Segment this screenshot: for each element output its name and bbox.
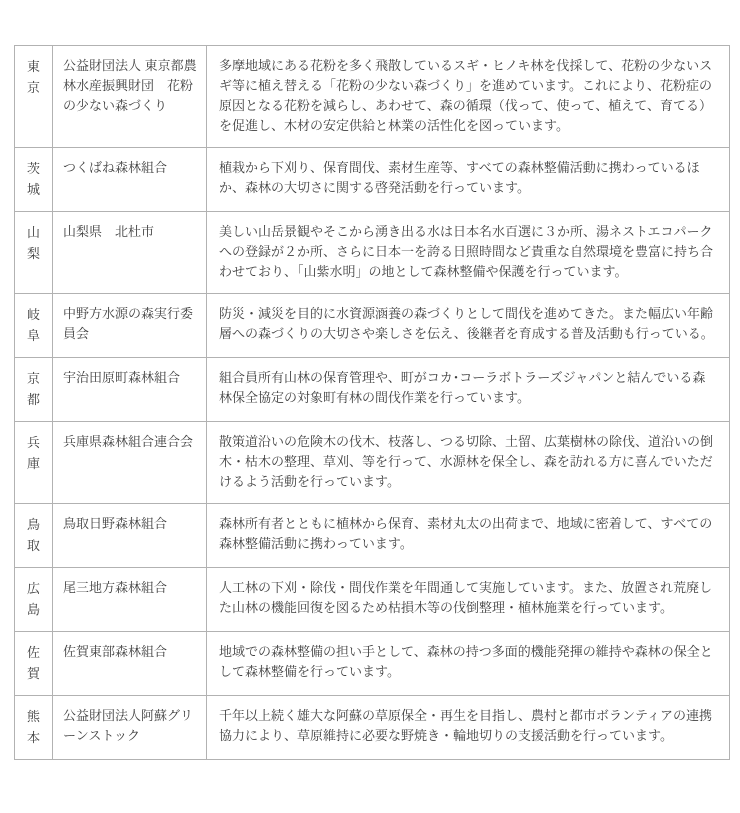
table-row: 京都 宇治田原町森林組合 組合員所有山林の保育管理や、町がコカ･コーラボトラーズ… <box>15 358 730 422</box>
organization-cell: 鳥取日野森林組合 <box>53 504 207 568</box>
prefecture-label: 東京 <box>26 56 40 98</box>
prefecture-label: 広島 <box>26 578 40 620</box>
description-cell: 植栽から下刈り、保育間伐、素材生産等、すべての森林整備活動に携わっているほか、森… <box>207 148 730 212</box>
table-row: 茨城 つくばね森林組合 植栽から下刈り、保育間伐、素材生産等、すべての森林整備活… <box>15 148 730 212</box>
description-cell: 散策道沿いの危険木の伐木、枝落し、つる切除、土留、広葉樹林の除伐、道沿いの倒木・… <box>207 422 730 504</box>
description-cell: 組合員所有山林の保育管理や、町がコカ･コーラボトラーズジャパンと結んでいる森林保… <box>207 358 730 422</box>
prefecture-label: 山梨 <box>26 222 40 264</box>
table-row: 兵庫 兵庫県森林組合連合会 散策道沿いの危険木の伐木、枝落し、つる切除、土留、広… <box>15 422 730 504</box>
prefecture-cell: 茨城 <box>15 148 53 212</box>
table-row: 東京 公益財団法人 東京都農林水産振興財団 花粉の少ない森づくり 多摩地域にある… <box>15 46 730 148</box>
organization-cell: 山梨県 北杜市 <box>53 212 207 294</box>
prefecture-cell: 広島 <box>15 568 53 632</box>
prefecture-cell: 鳥取 <box>15 504 53 568</box>
prefecture-label: 京都 <box>26 368 40 410</box>
organization-cell: 中野方水源の森実行委員会 <box>53 294 207 358</box>
prefecture-label: 鳥取 <box>26 514 40 556</box>
organization-cell: 尾三地方森林組合 <box>53 568 207 632</box>
prefecture-label: 熊本 <box>26 706 40 748</box>
table-row: 山梨 山梨県 北杜市 美しい山岳景観やそこから湧き出る水は日本名水百選に３か所、… <box>15 212 730 294</box>
organization-cell: 公益財団法人阿蘇グリーンストック <box>53 696 207 760</box>
organization-cell: 佐賀東部森林組合 <box>53 632 207 696</box>
organization-cell: 宇治田原町森林組合 <box>53 358 207 422</box>
organization-cell: つくばね森林組合 <box>53 148 207 212</box>
description-cell: 美しい山岳景観やそこから湧き出る水は日本名水百選に３か所、湯ネストエコパークへの… <box>207 212 730 294</box>
organization-cell: 兵庫県森林組合連合会 <box>53 422 207 504</box>
prefecture-label: 兵庫 <box>26 432 40 474</box>
prefecture-cell: 岐阜 <box>15 294 53 358</box>
prefecture-cell: 佐賀 <box>15 632 53 696</box>
description-cell: 人工林の下刈・除伐・間伐作業を年間通して実施しています。また、放置され荒廃した山… <box>207 568 730 632</box>
prefecture-label: 岐阜 <box>26 304 40 346</box>
description-cell: 防災・減災を目的に水資源涵養の森づくりとして間伐を進めてきた。また幅広い年齢層へ… <box>207 294 730 358</box>
table-row: 広島 尾三地方森林組合 人工林の下刈・除伐・間伐作業を年間通して実施しています。… <box>15 568 730 632</box>
table-row: 熊本 公益財団法人阿蘇グリーンストック 千年以上続く雄大な阿蘇の草原保全・再生を… <box>15 696 730 760</box>
description-cell: 森林所有者とともに植林から保育、素材丸太の出荷まで、地域に密着して、すべての森林… <box>207 504 730 568</box>
prefecture-label: 茨城 <box>26 158 40 200</box>
prefecture-cell: 東京 <box>15 46 53 148</box>
table-row: 鳥取 鳥取日野森林組合 森林所有者とともに植林から保育、素材丸太の出荷まで、地域… <box>15 504 730 568</box>
organization-cell: 公益財団法人 東京都農林水産振興財団 花粉の少ない森づくり <box>53 46 207 148</box>
table-row: 佐賀 佐賀東部森林組合 地域での森林整備の担い手として、森林の持つ多面的機能発揮… <box>15 632 730 696</box>
prefecture-label: 佐賀 <box>26 642 40 684</box>
prefecture-cell: 山梨 <box>15 212 53 294</box>
description-cell: 地域での森林整備の担い手として、森林の持つ多面的機能発揮の維持や森林の保全として… <box>207 632 730 696</box>
description-cell: 多摩地域にある花粉を多く飛散しているスギ・ヒノキ林を伐採して、花粉の少ないスギ等… <box>207 46 730 148</box>
prefecture-cell: 兵庫 <box>15 422 53 504</box>
prefecture-cell: 熊本 <box>15 696 53 760</box>
document-sheet: 東京 公益財団法人 東京都農林水産振興財団 花粉の少ない森づくり 多摩地域にある… <box>14 45 729 760</box>
table-row: 岐阜 中野方水源の森実行委員会 防災・減災を目的に水資源涵養の森づくりとして間伐… <box>15 294 730 358</box>
description-cell: 千年以上続く雄大な阿蘇の草原保全・再生を目指し、農村と都市ボランティアの連携協力… <box>207 696 730 760</box>
forest-organizations-table: 東京 公益財団法人 東京都農林水産振興財団 花粉の少ない森づくり 多摩地域にある… <box>14 45 730 760</box>
prefecture-cell: 京都 <box>15 358 53 422</box>
